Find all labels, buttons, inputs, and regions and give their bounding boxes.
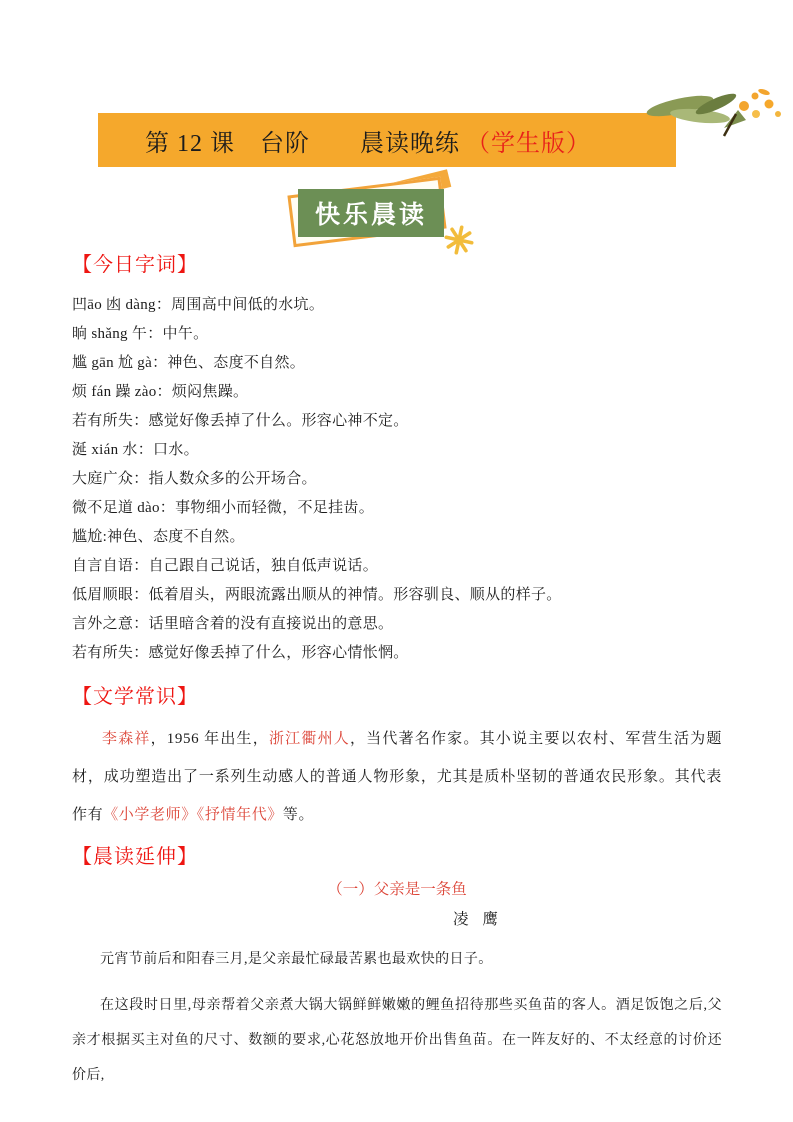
vocab-item: 言外之意：话里暗含着的没有直接说出的意思。 — [72, 610, 722, 639]
body-paragraph: 元宵节前后和阳春三月,是父亲最忙碌最苦累也最欢快的日子。 — [72, 942, 722, 977]
literature-text: 等。 — [283, 807, 314, 823]
reading-subtitle: （一）父亲是一条鱼 — [72, 878, 722, 902]
vocab-list: 凹āo 凼 dàng：周围高中间低的水坑。 晌 shǎng 午：中午。 尴 gā… — [72, 291, 722, 668]
birthplace-highlight: 浙江衢州人 — [269, 731, 350, 747]
lesson-title-banner: 第 12 课 台阶 晨读晚练（学生版） — [98, 113, 676, 167]
literature-paragraph: 李森祥，1956 年出生，浙江衢州人，当代著名作家。其小说主要以农村、军营生活为… — [72, 720, 722, 834]
flower-branch-icon — [628, 84, 793, 146]
vocab-item: 微不足道 dào：事物细小而轻微，不足挂齿。 — [72, 494, 722, 523]
happy-reading-badge: 快乐晨读 — [288, 179, 458, 255]
reading-author: 凌 鹰 — [153, 909, 793, 931]
edition-label: （学生版） — [466, 123, 591, 158]
vocab-item: 若有所失：感觉好像丢掉了什么，形容心情怅惘。 — [72, 639, 722, 668]
body-paragraph: 在这段时日里,母亲帮着父亲煮大锅大锅鲜鲜嫩嫩的鲤鱼招待那些买鱼苗的客人。酒足饭饱… — [72, 988, 722, 1093]
document-body: 【今日字词】 凹āo 凼 dàng：周围高中间低的水坑。 晌 shǎng 午：中… — [72, 252, 722, 1093]
works-highlight: 《小学老师》《抒情年代》 — [103, 807, 283, 823]
author-name-highlight: 李森祥 — [102, 731, 151, 747]
literature-text: ，1956 年出生， — [151, 731, 269, 747]
vocab-item: 涎 xián 水：口水。 — [72, 436, 722, 465]
vocab-item: 大庭广众：指人数众多的公开场合。 — [72, 465, 722, 494]
vocab-item: 凹āo 凼 dàng：周围高中间低的水坑。 — [72, 291, 722, 320]
badge-label: 快乐晨读 — [298, 189, 444, 237]
vocab-item: 尴尬:神色、态度不自然。 — [72, 523, 722, 552]
vocab-item: 若有所失：感觉好像丢掉了什么。形容心神不定。 — [72, 407, 722, 436]
vocab-item: 自言自语：自己跟自己说话，独自低声说话。 — [72, 552, 722, 581]
extension-heading: 【晨读延伸】 — [72, 844, 722, 870]
vocab-heading: 【今日字词】 — [72, 252, 722, 278]
lesson-title: 第 12 课 台阶 晨读晚练 — [145, 123, 460, 158]
vocab-item: 低眉顺眼：低着眉头，两眼流露出顺从的神情。形容驯良、顺从的样子。 — [72, 581, 722, 610]
vocab-item: 尴 gān 尬 gà：神色、态度不自然。 — [72, 349, 722, 378]
vocab-item: 晌 shǎng 午：中午。 — [72, 320, 722, 349]
vocab-item: 烦 fán 躁 zào：烦闷焦躁。 — [72, 378, 722, 407]
literature-heading: 【文学常识】 — [72, 684, 722, 710]
